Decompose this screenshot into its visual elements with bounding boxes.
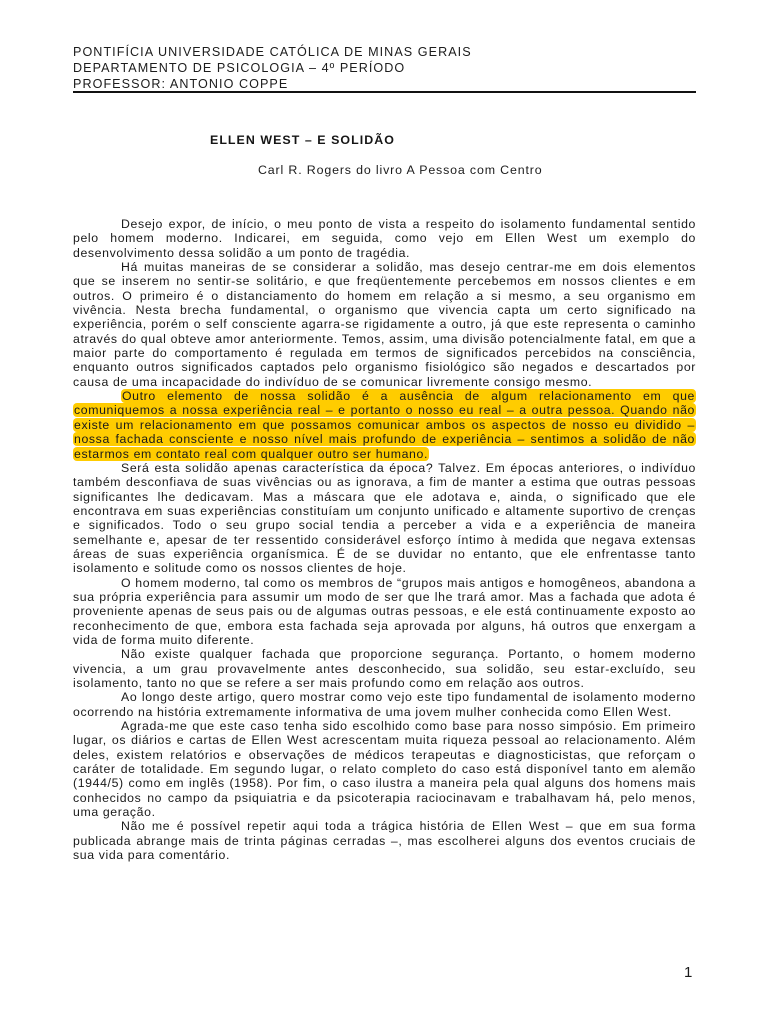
paragraph: Não me é possível repetir aqui toda a tr… <box>73 819 696 862</box>
header-university: PONTIFÍCIA UNIVERSIDADE CATÓLICA DE MINA… <box>73 44 696 60</box>
document-body: Desejo expor, de início, o meu ponto de … <box>73 217 696 862</box>
paragraph: Ao longo deste artigo, quero mostrar com… <box>73 690 696 719</box>
paragraph-text: Agrada-me que este caso tenha sido escol… <box>73 719 696 819</box>
paragraph-text: Não existe qualquer fachada que proporci… <box>73 647 696 690</box>
paragraph: Há muitas maneiras de se considerar a so… <box>73 260 696 389</box>
paragraph: Não existe qualquer fachada que proporci… <box>73 647 696 690</box>
paragraph-text: Não me é possível repetir aqui toda a tr… <box>73 819 696 862</box>
document-title: ELLEN WEST – E SOLIDÃO <box>210 133 395 147</box>
paragraph: Agrada-me que este caso tenha sido escol… <box>73 719 696 819</box>
highlighted-text: Outro elemento de nossa solidão é a ausê… <box>73 389 696 460</box>
paragraph-text: Será esta solidão apenas característica … <box>73 461 696 575</box>
header-department: DEPARTAMENTO DE PSICOLOGIA – 4º PERÍODO <box>73 60 696 76</box>
header-divider <box>73 91 696 93</box>
document-header: PONTIFÍCIA UNIVERSIDADE CATÓLICA DE MINA… <box>73 44 696 92</box>
paragraph-text: O homem moderno, tal como os membros de … <box>73 576 696 647</box>
paragraph-text: Há muitas maneiras de se considerar a so… <box>73 260 696 389</box>
paragraph: Desejo expor, de início, o meu ponto de … <box>73 217 696 260</box>
paragraph-text: Ao longo deste artigo, quero mostrar com… <box>73 690 696 718</box>
document-subtitle: Carl R. Rogers do livro A Pessoa com Cen… <box>258 163 542 177</box>
paragraph: Será esta solidão apenas característica … <box>73 461 696 576</box>
page-number: 1 <box>684 964 692 981</box>
paragraph: O homem moderno, tal como os membros de … <box>73 576 696 648</box>
highlighted-paragraph: Outro elemento de nossa solidão é a ausê… <box>73 389 696 461</box>
header-professor: PROFESSOR: ANTONIO COPPE <box>73 76 696 92</box>
paragraph-text: Desejo expor, de início, o meu ponto de … <box>73 217 696 260</box>
